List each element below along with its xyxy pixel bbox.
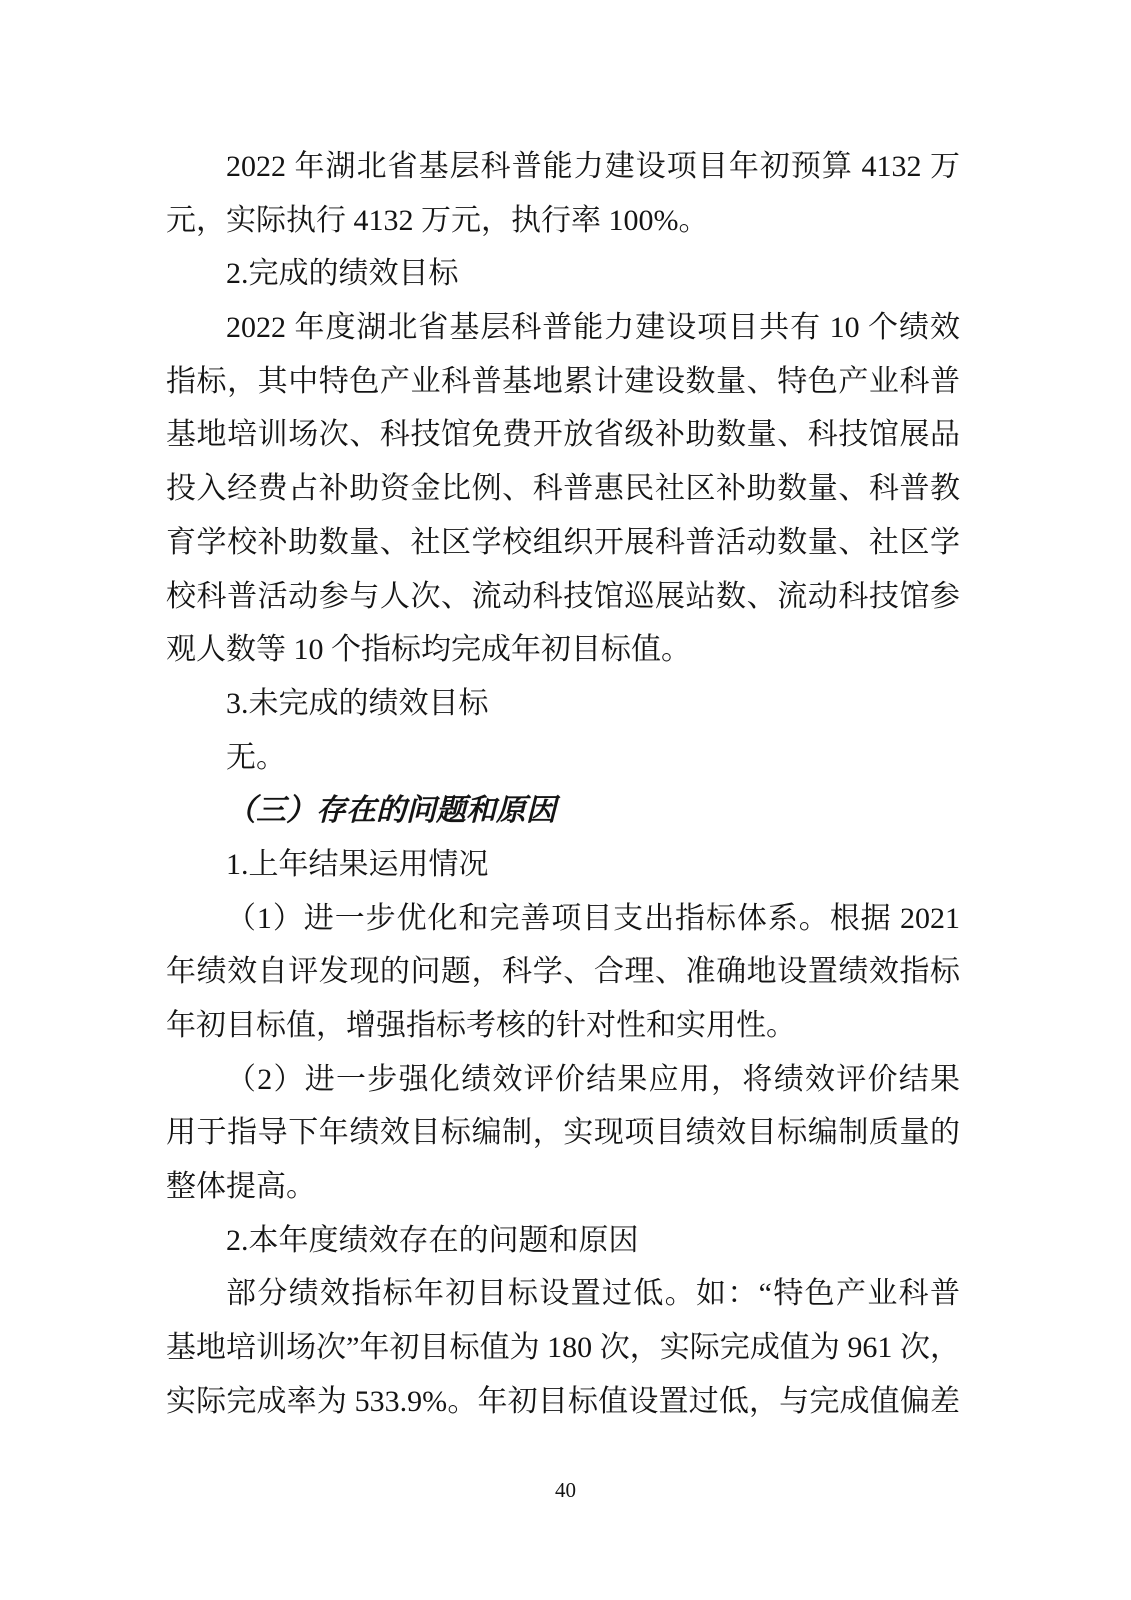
text-line: 观人数等 10 个指标均完成年初目标值。 xyxy=(166,623,960,677)
paragraph: 2022 年度湖北省基层科普能力建设项目共有 10 个绩效指标，其中特色产业科普… xyxy=(166,301,960,677)
text-line: 用于指导下年绩效目标编制，实现项目绩效目标编制质量的 xyxy=(166,1106,960,1160)
document-body: 2022 年湖北省基层科普能力建设项目年初预算 4132 万元，实际执行 413… xyxy=(166,140,960,1429)
text-line: 基地培训场次、科技馆免费开放省级补助数量、科技馆展品 xyxy=(166,408,960,462)
paragraph: （1）进一步优化和完善项目支出指标体系。根据 2021年绩效自评发现的问题，科学… xyxy=(166,892,960,1053)
text-line: 年绩效自评发现的问题，科学、合理、准确地设置绩效指标 xyxy=(166,945,960,999)
paragraph: 3.未完成的绩效目标 xyxy=(166,677,960,731)
text-line: 2.本年度绩效存在的问题和原因 xyxy=(166,1214,960,1268)
text-line: 校科普活动参与人次、流动科技馆巡展站数、流动科技馆参 xyxy=(166,570,960,624)
text-line: 投入经费占补助资金比例、科普惠民社区补助数量、科普教 xyxy=(166,462,960,516)
text-line: 1.上年结果运用情况 xyxy=(166,838,960,892)
text-line: 元，实际执行 4132 万元，执行率 100%。 xyxy=(166,194,960,248)
paragraph: 2.完成的绩效目标 xyxy=(166,247,960,301)
text-line: 无。 xyxy=(166,731,960,785)
section-heading: （三）存在的问题和原因 xyxy=(166,784,960,838)
text-line: 2022 年湖北省基层科普能力建设项目年初预算 4132 万 xyxy=(166,140,960,194)
page-number: 40 xyxy=(555,1478,576,1503)
text-line: （1）进一步优化和完善项目支出指标体系。根据 2021 xyxy=(166,892,960,946)
paragraph: （2）进一步强化绩效评价结果应用，将绩效评价结果用于指导下年绩效目标编制，实现项… xyxy=(166,1053,960,1214)
text-line: 2022 年度湖北省基层科普能力建设项目共有 10 个绩效 xyxy=(166,301,960,355)
paragraph: 1.上年结果运用情况 xyxy=(166,838,960,892)
text-line: （三）存在的问题和原因 xyxy=(166,784,960,838)
text-line: 实际完成率为 533.9%。年初目标值设置过低，与完成值偏差 xyxy=(166,1375,960,1429)
paragraph: 2.本年度绩效存在的问题和原因 xyxy=(166,1214,960,1268)
text-line: 2.完成的绩效目标 xyxy=(166,247,960,301)
document-page: 2022 年湖北省基层科普能力建设项目年初预算 4132 万元，实际执行 413… xyxy=(0,0,1131,1600)
paragraph: 无。 xyxy=(166,731,960,785)
text-line: 育学校补助数量、社区学校组织开展科普活动数量、社区学 xyxy=(166,516,960,570)
text-line: 整体提高。 xyxy=(166,1160,960,1214)
text-line: 年初目标值，增强指标考核的针对性和实用性。 xyxy=(166,999,960,1053)
paragraph: 部分绩效指标年初目标设置过低。如：“特色产业科普基地培训场次”年初目标值为 18… xyxy=(166,1267,960,1428)
text-line: （2）进一步强化绩效评价结果应用，将绩效评价结果 xyxy=(166,1053,960,1107)
text-line: 基地培训场次”年初目标值为 180 次，实际完成值为 961 次， xyxy=(166,1321,960,1375)
text-line: 部分绩效指标年初目标设置过低。如：“特色产业科普 xyxy=(166,1267,960,1321)
page-footer: 40 xyxy=(0,1478,1131,1503)
text-line: 3.未完成的绩效目标 xyxy=(166,677,960,731)
text-line: 指标，其中特色产业科普基地累计建设数量、特色产业科普 xyxy=(166,355,960,409)
paragraph: 2022 年湖北省基层科普能力建设项目年初预算 4132 万元，实际执行 413… xyxy=(166,140,960,247)
